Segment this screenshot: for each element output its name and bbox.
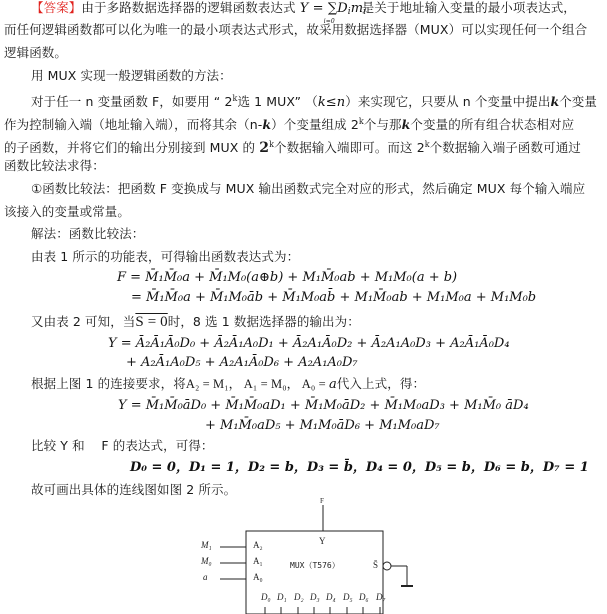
output-label-f: F: [320, 497, 324, 505]
method-paragraph-line-1: 对于任一 n 变量函数 F，如要用 “ 2k选 1 MUX” （k≤n）来实现它…: [31, 90, 597, 112]
data-input-values: D₀ = 0，D₁ = 1，D₂ = b，D₃ = b̄，D₄ = 0，D₅ =…: [130, 459, 589, 477]
compare-intro: 比较 Y 和 F 的表达式，可得：: [31, 437, 214, 455]
answer-paragraph-line-1: 【答案】由于多路数据选择器的逻辑函数表达式 Y = ∑Dimi i=0 是关于地…: [31, 0, 576, 21]
solution-heading: 解法：函数比较法：: [31, 225, 144, 243]
equation-f-line-2: = M̄₁M̄₀a + M̄₁M₀āb + M̄₁M₀ab̄ + M₁M̄₀ab…: [131, 289, 536, 307]
sigma-formula: Y = ∑Dimi i=0: [300, 0, 362, 21]
text: 是关于地址输入变量的最小项表达式，: [362, 0, 576, 15]
method-paragraph-line-2: 作为控制输入端（地址输入端），而将其余（n-k）个变量组成 2k个与那k个变量的…: [4, 113, 574, 134]
pin-label-d6: D₆: [359, 592, 369, 602]
substitution-intro: 根据上图 1 的连接要求，将A₂ = M₁， A₁ = M₀， A₀ = a代入…: [31, 375, 425, 394]
chip-label: MUX（T576）: [290, 560, 340, 571]
equation-y-substituted-line-1: Y = M̄₁M̄₀āD₀ + M̄₁M̄₀aD₁ + M̄₁M₀āD₂ + M…: [118, 397, 529, 415]
pin-label-d0: D₀: [261, 592, 271, 602]
table1-intro: 由表 1 所示的功能表，可得输出函数表达式为：: [31, 248, 299, 266]
pin-label-d5: D₅: [343, 592, 353, 602]
text: 由于多路数据选择器的逻辑函数表达式: [81, 0, 295, 15]
figure2-reference: 故可画出具体的连线图如图 2 所示。: [31, 481, 236, 499]
pin-label-y: Y: [319, 536, 326, 546]
equation-f-line-1: F = M̄₁M̄₀a + M̄₁M₀(a⊕b) + M₁M̄₀ab + M₁M…: [117, 269, 457, 287]
input-label-m1: M₁: [201, 540, 212, 550]
pin-label-a1: A₁: [253, 556, 263, 566]
pin-label-d4: D₄: [326, 592, 336, 602]
s-bar-condition: S = 0: [135, 314, 167, 330]
answer-paragraph-line-3: 逻辑函数。: [4, 44, 67, 62]
pin-label-a0: A₀: [253, 572, 263, 582]
pin-label-d3: D₃: [310, 592, 320, 602]
method-paragraph-line-3: 的子函数，并将它们的输出分别接到 MUX 的 2k个数据输入端即可。而这 2k个…: [4, 136, 581, 157]
pin-label-a2: A₂: [253, 540, 263, 550]
pin-label-d2: D₂: [294, 592, 304, 602]
input-label-a: a: [203, 572, 208, 582]
pin-label-s-bar: S̄: [373, 560, 378, 570]
method-paragraph-line-4: 函数比较法求得：: [4, 157, 105, 175]
method-heading: 用 MUX 实现一般逻辑函数的方法：: [31, 67, 232, 85]
equation-y-line-1: Y = Ā₂Ā₁Ā₀D₀ + Ā₂Ā₁A₀D₁ + Ā₂A₁Ā₀D₂ + Ā₂A…: [108, 335, 510, 353]
mux-wiring-diagram: F Y MUX（T576） S̄ A₂ A₁ A₀ M₁ M₀ a D₀ D₁ …: [195, 500, 435, 614]
comparison-paragraph-line-1: ①函数比较法：把函数 F 变换成与 MUX 输出函数式完全对应的形式，然后确定 …: [31, 180, 585, 198]
pin-label-d1: D₁: [277, 592, 287, 602]
answer-tag: 【答案】: [31, 0, 81, 15]
equation-y-substituted-line-2: + M₁M̄₀aD₅ + M₁M₀āD₆ + M₁M₀aD₇: [205, 417, 440, 435]
comparison-paragraph-line-2: 该接入的变量或常量。: [4, 203, 130, 221]
equation-y-line-2: + A₂Ā₁A₀D₅ + A₂A₁Ā₀D₆ + A₂A₁A₀D₇: [126, 354, 358, 372]
answer-paragraph-line-2: 而任何逻辑函数都可以化为唯一的最小项表达式形式，故采用数据选择器（MUX）可以实…: [4, 21, 587, 39]
pin-label-d7: D₇: [376, 592, 386, 602]
table2-intro: 又由表 2 可知，当S = 0时，8 选 1 数据选择器的输出为：: [31, 313, 360, 331]
input-label-m0: M₀: [201, 556, 212, 566]
